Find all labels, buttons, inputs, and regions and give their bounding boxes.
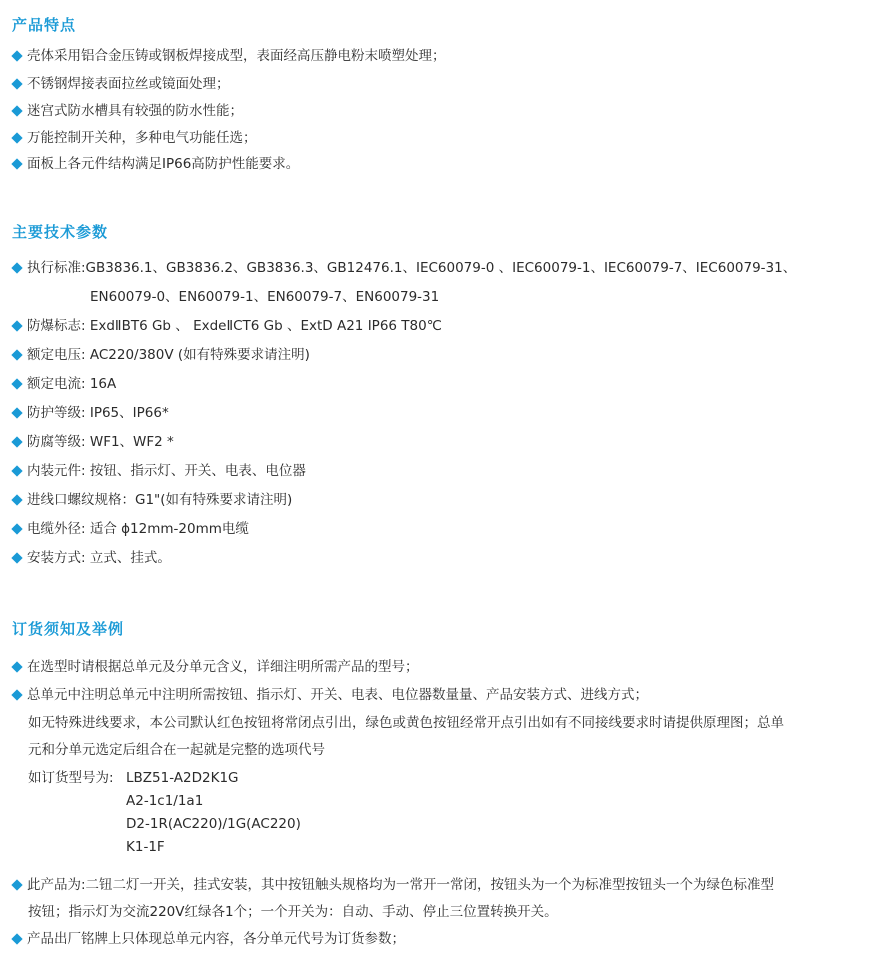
diamond-icon xyxy=(11,661,22,672)
spec-text: 进线口螺纹规格：G1"(如有特殊要求请注明) xyxy=(27,492,292,508)
ordering-text: 产品出厂铭牌上只体现总单元内容，各分单元代号为订货参数； xyxy=(27,931,405,947)
ordering-text: 在选型时请根据总单元及分单元含义，详细注明所需产品的型号； xyxy=(27,659,419,675)
feature-item: 万能控制开关种，多种电气功能任选； xyxy=(10,128,257,148)
diamond-icon xyxy=(11,552,22,563)
ordering-item: 产品出厂铭牌上只体现总单元内容，各分单元代号为订货参数； xyxy=(10,929,405,949)
order-example-code: LBZ51-A2D2K1G xyxy=(126,768,239,788)
diamond-icon xyxy=(11,436,22,447)
spec-item-standard: 执行标准:GB3836.1、GB3836.2、GB3836.3、GB12476.… xyxy=(10,258,796,278)
ordering-item: 此产品为:二钮二灯一开关，挂式安装，其中按钮触头规格均为一常开一常闭，按钮头为一… xyxy=(10,875,774,895)
spec-item: 进线口螺纹规格：G1"(如有特殊要求请注明) xyxy=(10,490,292,510)
order-example-label: 如订货型号为: xyxy=(28,768,114,788)
diamond-icon xyxy=(11,262,22,273)
spec-text: 额定电压: AC220/380V (如有特殊要求请注明) xyxy=(27,347,310,363)
diamond-icon xyxy=(11,494,22,505)
order-example-code: K1-1F xyxy=(126,837,165,857)
feature-item: 壳体采用铝合金压铸或钢板焊接成型，表面经高压静电粉末喷塑处理； xyxy=(10,46,446,66)
diamond-icon xyxy=(11,349,22,360)
spec-text: 防腐等级: WF1、WF2 * xyxy=(27,434,174,450)
diamond-icon xyxy=(11,933,22,944)
diamond-icon xyxy=(11,689,22,700)
spec-text: 内装元件: 按钮、指示灯、开关、电表、电位器 xyxy=(27,463,306,479)
feature-item: 不锈钢焊接表面拉丝或镜面处理； xyxy=(10,74,230,94)
spec-item: 额定电压: AC220/380V (如有特殊要求请注明) xyxy=(10,345,310,365)
diamond-icon xyxy=(11,523,22,534)
spec-text: 防爆标志: ExdⅡBT6 Gb 、 ExdeⅡCT6 Gb 、ExtD A21… xyxy=(27,318,442,334)
ordering-item: 总单元中注明总单元中注明所需按钮、指示灯、开关、电表、电位器数量量、产品安装方式… xyxy=(10,685,648,705)
feature-text: 壳体采用铝合金压铸或钢板焊接成型，表面经高压静电粉末喷塑处理； xyxy=(27,48,446,64)
spec-text: 额定电流: 16A xyxy=(27,376,116,392)
section-title-specs: 主要技术参数 xyxy=(12,222,108,242)
spec-text: 防护等级: IP65、IP66* xyxy=(27,405,169,421)
ordering-text: 此产品为:二钮二灯一开关，挂式安装，其中按钮触头规格均为一常开一常闭，按钮头为一… xyxy=(27,877,774,893)
order-example-code: A2-1c1/1a1 xyxy=(126,791,203,811)
feature-item: 面板上各元件结构满足IP66高防护性能要求。 xyxy=(10,154,299,174)
spec-text: 执行标准:GB3836.1、GB3836.2、GB3836.3、GB12476.… xyxy=(27,260,796,276)
feature-text: 不锈钢焊接表面拉丝或镜面处理； xyxy=(27,76,230,92)
feature-item: 迷宫式防水槽具有较强的防水性能； xyxy=(10,101,243,121)
ordering-item: 在选型时请根据总单元及分单元含义，详细注明所需产品的型号； xyxy=(10,657,419,677)
feature-text: 迷宫式防水槽具有较强的防水性能； xyxy=(27,103,243,119)
ordering-text: 总单元中注明总单元中注明所需按钮、指示灯、开关、电表、电位器数量量、产品安装方式… xyxy=(27,687,648,703)
spec-item: 安装方式: 立式、挂式。 xyxy=(10,548,171,568)
spec-item: 防护等级: IP65、IP66* xyxy=(10,403,169,423)
diamond-icon xyxy=(11,407,22,418)
diamond-icon xyxy=(11,879,22,890)
ordering-paragraph-line: 元和分单元选定后组合在一起就是完整的选项代号 xyxy=(28,740,325,760)
diamond-icon xyxy=(11,78,22,89)
spec-item: 电缆外径: 适合 ϕ12mm-20mm电缆 xyxy=(10,519,249,539)
spec-text: 电缆外径: 适合 ϕ12mm-20mm电缆 xyxy=(27,521,249,537)
diamond-icon xyxy=(11,465,22,476)
spec-item: 额定电流: 16A xyxy=(10,374,116,394)
feature-text: 万能控制开关种，多种电气功能任选； xyxy=(27,130,257,146)
ordering-item-continuation: 按钮；指示灯为交流220V红绿各1个；一个开关为：自动、手动、停止三位置转换开关… xyxy=(28,902,558,922)
spec-item: 内装元件: 按钮、指示灯、开关、电表、电位器 xyxy=(10,461,306,481)
spec-item: 防腐等级: WF1、WF2 * xyxy=(10,432,174,452)
diamond-icon xyxy=(11,320,22,331)
spec-item: 防爆标志: ExdⅡBT6 Gb 、 ExdeⅡCT6 Gb 、ExtD A21… xyxy=(10,316,442,336)
order-example-code: D2-1R(AC220)/1G(AC220) xyxy=(126,814,301,834)
ordering-paragraph-line: 如无特殊进线要求，本公司默认红色按钮将常闭点引出，绿色或黄色按钮经常开点引出如有… xyxy=(28,713,784,733)
diamond-icon xyxy=(11,50,22,61)
section-title-ordering: 订货须知及举例 xyxy=(12,619,124,639)
diamond-icon xyxy=(11,132,22,143)
spec-standard-continuation: EN60079-0、EN60079-1、EN60079-7、EN60079-31 xyxy=(90,287,439,307)
spec-text: 安装方式: 立式、挂式。 xyxy=(27,550,171,566)
feature-text: 面板上各元件结构满足IP66高防护性能要求。 xyxy=(27,156,299,172)
diamond-icon xyxy=(11,105,22,116)
diamond-icon xyxy=(11,158,22,169)
diamond-icon xyxy=(11,378,22,389)
section-title-features: 产品特点 xyxy=(12,15,76,35)
